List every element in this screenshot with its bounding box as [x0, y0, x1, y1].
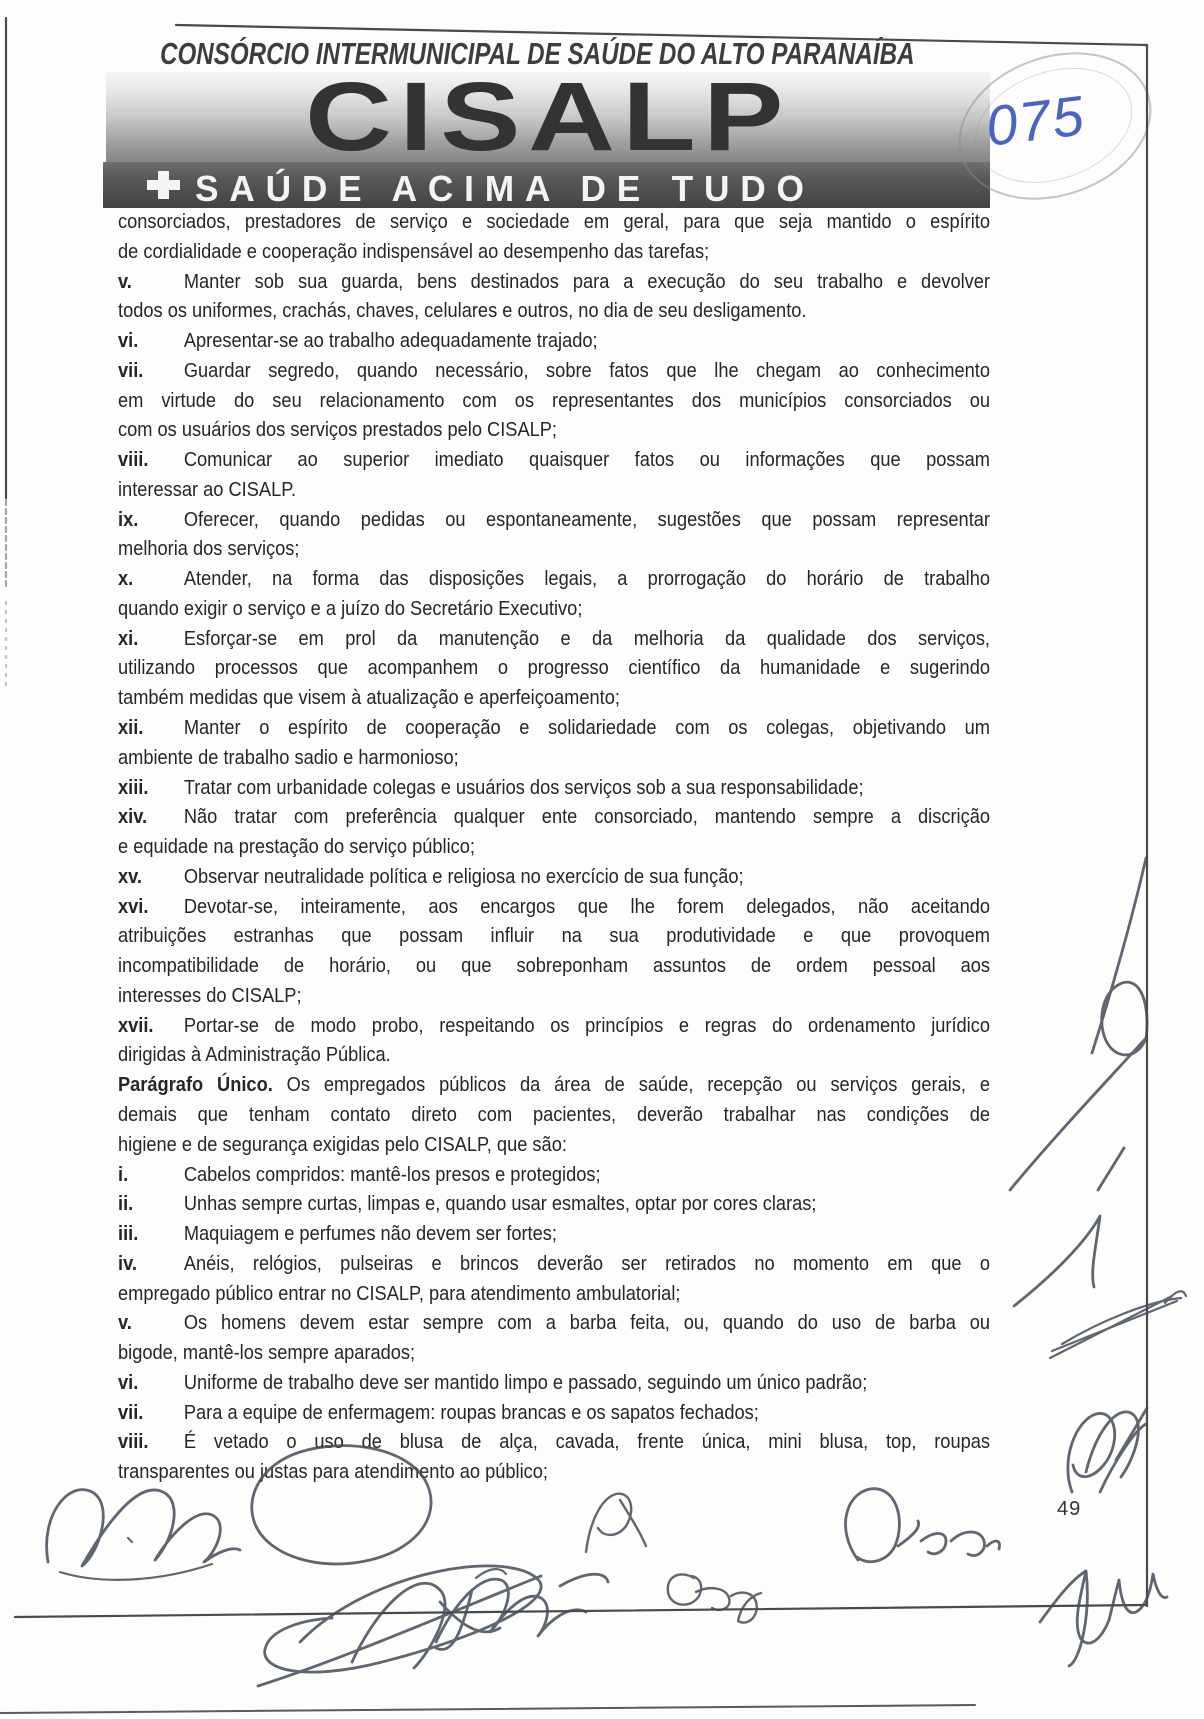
item-numeral: ii.	[118, 1189, 184, 1219]
flourish-right-icon	[1010, 858, 1147, 1306]
text-line: i.Cabelos compridos: mantê-los presos e …	[118, 1160, 990, 1190]
text-line: em virtude do seu relacionamento com os …	[118, 386, 990, 416]
text-line: vi.Apresentar-se ao trabalho adequadamen…	[118, 326, 990, 356]
text-line: empregado público entrar no CISALP, para…	[118, 1279, 990, 1309]
text-line: todos os uniformes, crachás, chaves, cel…	[118, 296, 990, 326]
text-line: xi.Esforçar-se em prol da manutenção e d…	[118, 624, 990, 654]
document-lines: consorciados, prestadores de serviço e s…	[118, 207, 990, 1487]
signature-bup-icon	[668, 1574, 761, 1622]
text-line: atribuições estranhas que possam influir…	[118, 921, 990, 951]
item-numeral: xvii.	[118, 1011, 184, 1041]
item-numeral: i.	[118, 1160, 184, 1190]
text-line: xvi.Devotar-se, inteiramente, aos encarg…	[118, 892, 990, 922]
text-line: xiii.Tratar com urbanidade colegas e usu…	[118, 773, 990, 803]
tagline-strip: SAÚDE ACIMA DE TUDO	[103, 162, 990, 208]
item-numeral: viii.	[118, 1427, 184, 1457]
text-line: Parágrafo Único. Os empregados públicos …	[118, 1070, 990, 1100]
bottom-border-line	[15, 1605, 1147, 1617]
text-line: vii.Guardar segredo, quando necessário, …	[118, 356, 990, 386]
item-numeral: vi.	[118, 326, 184, 356]
item-numeral: vii.	[118, 1398, 184, 1428]
text-line: incompatibilidade de horário, ou que sob…	[118, 951, 990, 981]
page-number: 49	[1057, 1498, 1081, 1521]
ink-mark-small-icon	[586, 1494, 646, 1552]
text-line: transparentes ou justas para atendimento…	[118, 1457, 990, 1487]
text-line: x.Atender, na forma das disposições lega…	[118, 564, 990, 594]
text-line: ambiente de trabalho sadio e harmonioso;	[118, 743, 990, 773]
logo-banner: CISALP	[106, 72, 990, 162]
text-line: iii.Maquiagem e perfumes não devem ser f…	[118, 1219, 990, 1249]
text-line: viii.Comunicar ao superior imediato quai…	[118, 445, 990, 475]
text-line: e equidade na prestação do serviço públi…	[118, 832, 990, 862]
bottom-scan-line	[0, 1705, 975, 1713]
text-line: também medidas que visem à atualização e…	[118, 683, 990, 713]
text-line: de cordialidade e cooperação indispensáv…	[118, 237, 990, 267]
item-numeral: v.	[118, 1308, 184, 1338]
cisalp-wordmark: CISALP	[0, 68, 1096, 165]
text-line: xv.Observar neutralidade política e reli…	[118, 862, 990, 892]
item-numeral: vi.	[118, 1368, 184, 1398]
text-line: bigode, mantê-los sempre aparados;	[118, 1338, 990, 1368]
text-line: xii.Manter o espírito de cooperação e so…	[118, 713, 990, 743]
item-numeral: ix.	[118, 505, 184, 535]
text-line: vii.Para a equipe de enfermagem: roupas …	[118, 1398, 990, 1428]
text-line: demais que tenham contato direto com pac…	[118, 1100, 990, 1130]
item-numeral: xii.	[118, 713, 184, 743]
text-line: xiv.Não tratar com preferência qualquer …	[118, 802, 990, 832]
text-line: consorciados, prestadores de serviço e s…	[118, 207, 990, 237]
text-line: interessar ao CISALP.	[118, 475, 990, 505]
feather-flourish-icon	[1050, 1291, 1186, 1358]
text-line: ix.Oferecer, quando pedidas ou espontane…	[118, 505, 990, 535]
text-line: viii.É vetado o uso de blusa de alça, ca…	[118, 1427, 990, 1457]
item-numeral: x.	[118, 564, 184, 594]
item-numeral: vii.	[118, 356, 184, 386]
bold-lead: Parágrafo Único.	[118, 1073, 273, 1096]
text-line: ii.Unhas sempre curtas, limpas e, quando…	[118, 1189, 990, 1219]
scanned-document-page: CONSÓRCIO INTERMUNICIPAL DE SAÚDE DO ALT…	[0, 0, 1204, 1719]
text-line: iv.Anéis, relógios, pulseiras e brincos …	[118, 1249, 990, 1279]
signature-oliveira-icon	[846, 1489, 1000, 1562]
text-line: higiene e de segurança exigidas pelo CIS…	[118, 1130, 990, 1160]
item-numeral: xi.	[118, 624, 184, 654]
item-numeral: xvi.	[118, 892, 184, 922]
text-line: utilizando processos que acompanhem o pr…	[118, 653, 990, 683]
signature-gima-icon	[436, 1574, 608, 1649]
item-numeral: iv.	[118, 1249, 184, 1279]
signature-left-icon	[47, 1490, 240, 1580]
text-line: v.Manter sob sua guarda, bens destinados…	[118, 267, 990, 297]
text-line: quando exigir o serviço e a juízo do Sec…	[118, 594, 990, 624]
item-numeral: viii.	[118, 445, 184, 475]
item-numeral: v.	[118, 267, 184, 297]
text-line: com os usuários dos serviços prestados p…	[118, 415, 990, 445]
item-numeral: xiv.	[118, 802, 184, 832]
text-line: melhoria dos serviços;	[118, 534, 990, 564]
tagline-text: SAÚDE ACIMA DE TUDO	[195, 168, 815, 210]
signature-jun-icon	[1040, 1571, 1167, 1666]
text-line: xvii.Portar-se de modo probo, respeitand…	[118, 1011, 990, 1041]
text-line: dirigidas à Administração Pública.	[118, 1040, 990, 1070]
item-numeral: xiii.	[118, 773, 184, 803]
handwritten-page-stamp-number: 075	[982, 82, 1089, 159]
text-line: v.Os homens devem estar sempre com a bar…	[118, 1308, 990, 1338]
ink-scribble-right-icon	[1068, 1408, 1147, 1492]
item-numeral: iii.	[118, 1219, 184, 1249]
health-cross-icon	[147, 171, 180, 199]
item-numeral: xv.	[118, 862, 184, 892]
text-line: vi.Uniforme de trabalho deve ser mantido…	[118, 1368, 990, 1398]
text-line: interesses do CISALP;	[118, 981, 990, 1011]
signature-paulo-icon	[258, 1566, 541, 1686]
